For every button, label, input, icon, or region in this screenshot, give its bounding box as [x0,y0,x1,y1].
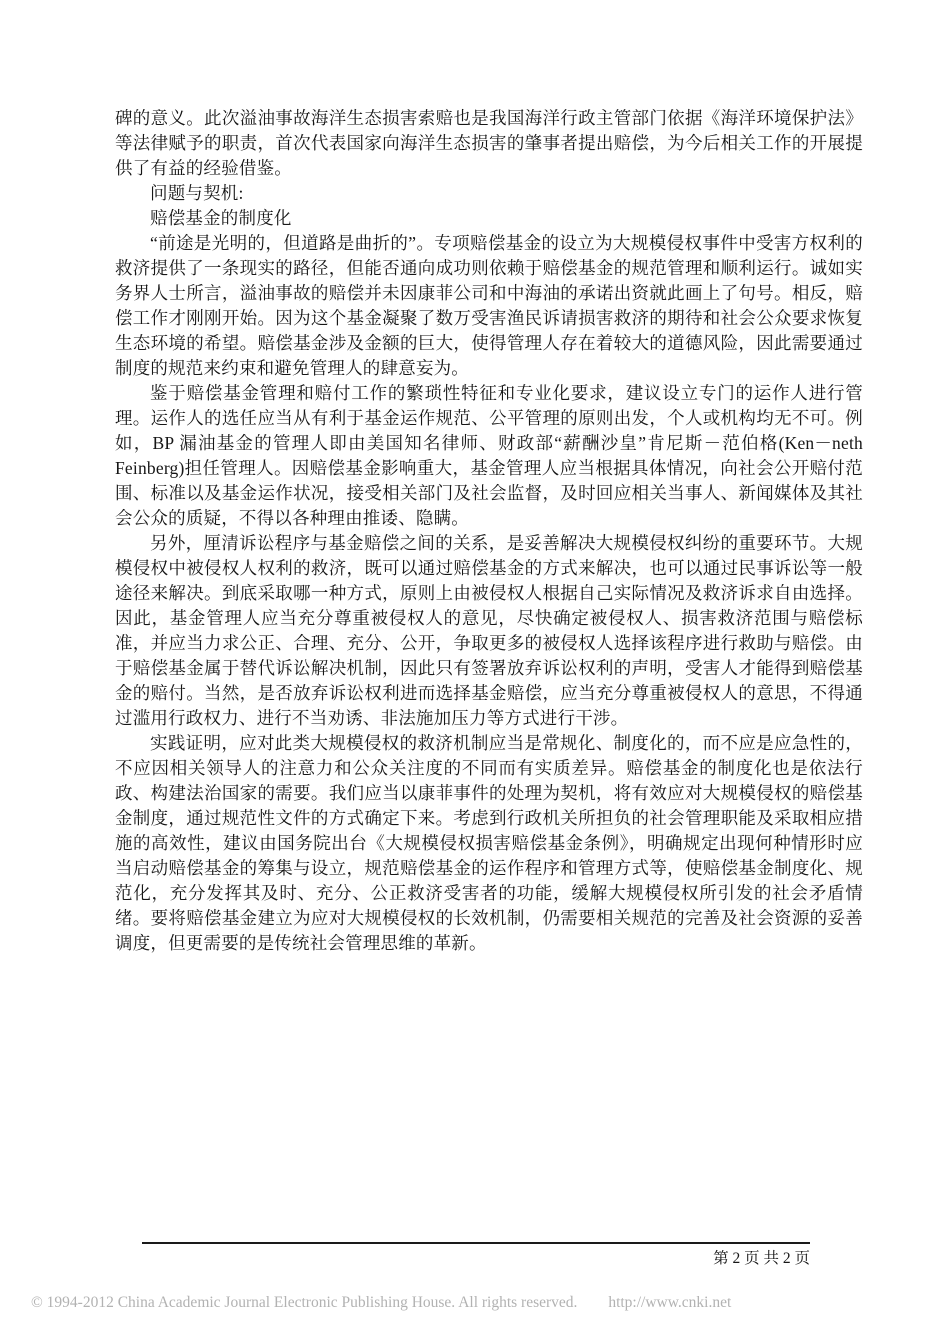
document-page: 碑的意义。此次溢油事故海洋生态损害索赔也是我国海洋行政主管部门依据《海洋环境保护… [0,0,950,1344]
page-number: 第 2 页 共 2 页 [713,1246,810,1268]
cnki-link[interactable]: http://www.cnki.net [608,1294,731,1311]
copyright-text: © 1994-2012 China Academic Journal Elect… [31,1294,577,1311]
article-body: 碑的意义。此次溢油事故海洋生态损害索赔也是我国海洋行政主管部门依据《海洋环境保护… [115,106,863,956]
para-institutionalization: 实践证明，应对此类大规模侵权的救济机制应当是常规化、制度化的，而不应是应急性的，… [115,731,863,956]
para-fund-prospects: “前途是光明的，但道路是曲折的”。专项赔偿基金的设立为大规模侵权事件中受害方权利… [115,231,863,381]
footer-divider [142,1242,810,1244]
para-continuation: 碑的意义。此次溢油事故海洋生态损害索赔也是我国海洋行政主管部门依据《海洋环境保护… [115,106,863,181]
copyright-bar: © 1994-2012 China Academic Journal Elect… [31,1294,731,1312]
subhead-fund-institutionalization: 赔偿基金的制度化 [115,206,863,231]
subhead-problem-and-opportunity: 问题与契机: [115,181,863,206]
para-fund-manager: 鉴于赔偿基金管理和赔付工作的繁琐性特征和专业化要求，建议设立专门的运作人进行管理… [115,381,863,531]
para-litigation-vs-fund: 另外，厘清诉讼程序与基金赔偿之间的关系，是妥善解决大规模侵权纠纷的重要环节。大规… [115,531,863,731]
